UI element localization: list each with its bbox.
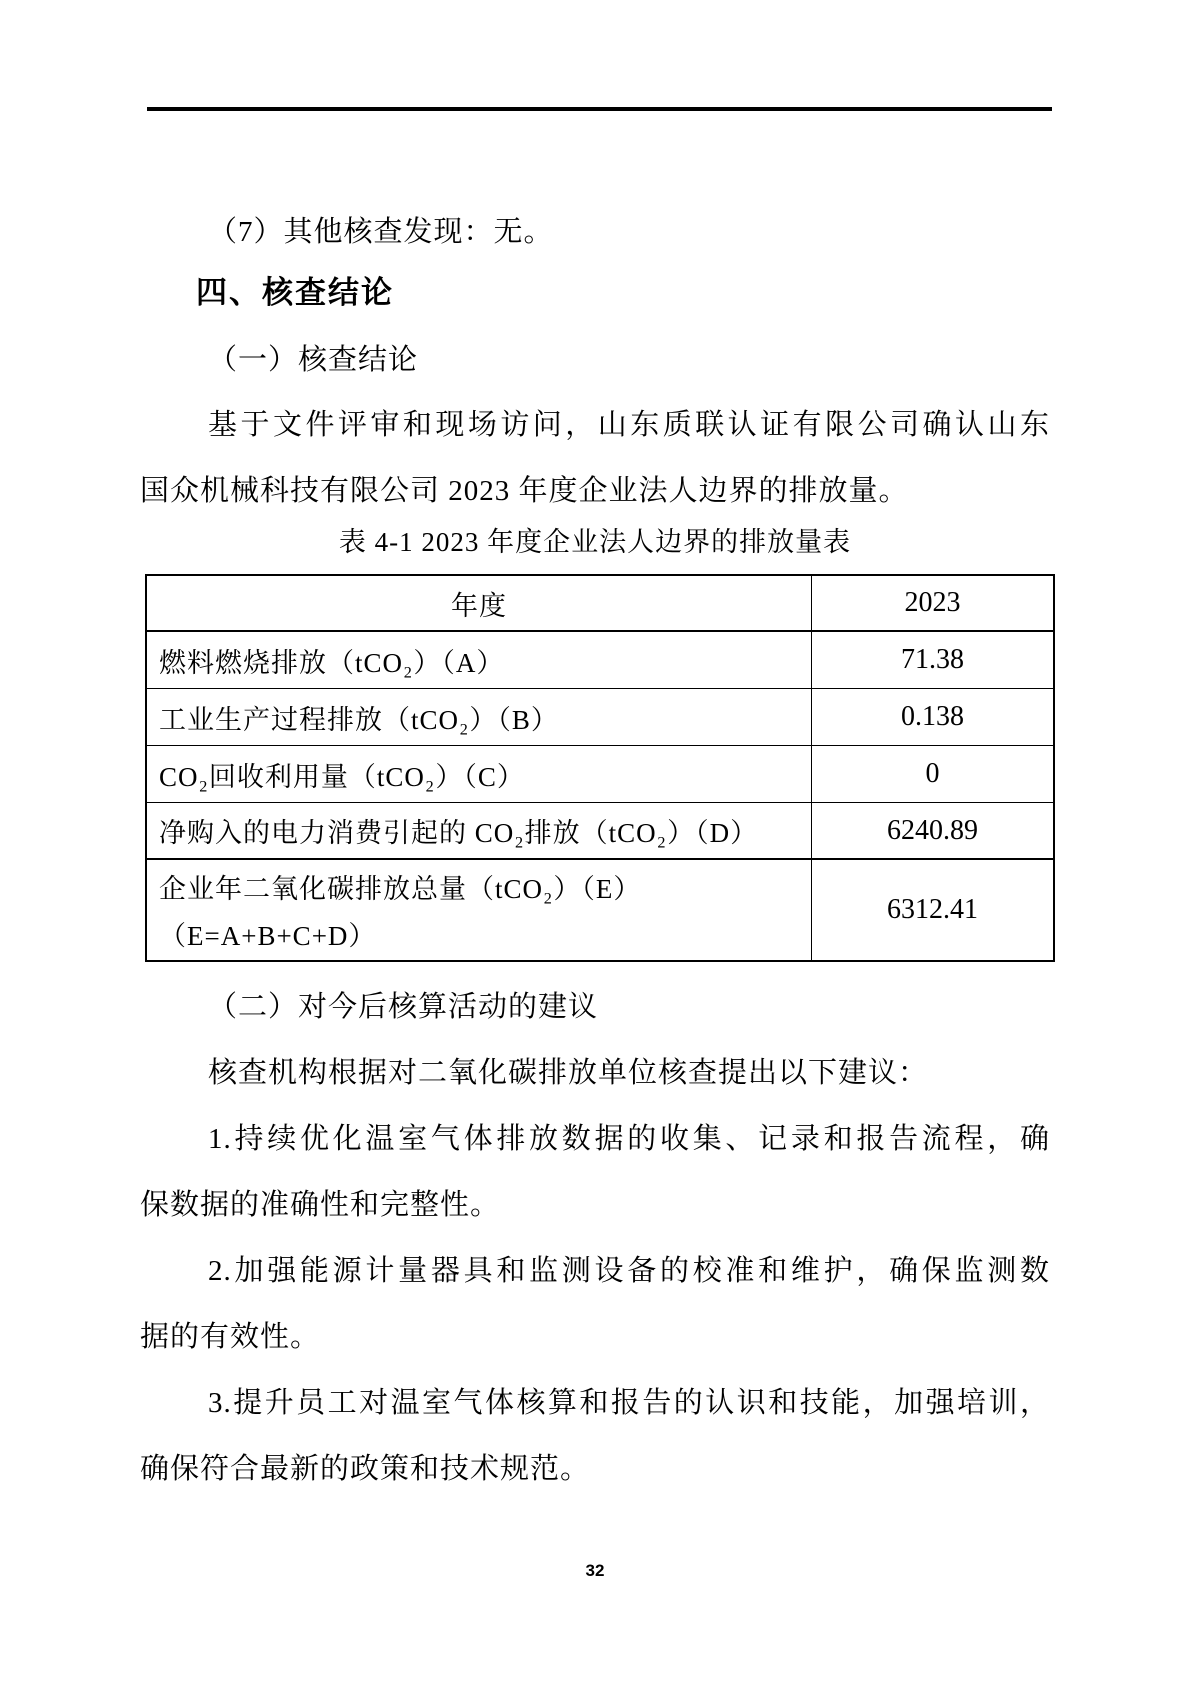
year-header-cell: 年度 <box>147 576 812 630</box>
row-label: CO₂回收利用量（tCO₂）（C） <box>147 746 812 802</box>
suggestion-2-line-1: 2.加强能源计量器具和监测设备的校准和维护，确保监测数 <box>208 1253 1050 1289</box>
row-label-line-1: 企业年二氧化碳排放总量（tCO₂）（E） <box>159 867 641 906</box>
row-label: 企业年二氧化碳排放总量（tCO₂）（E） （E=A+B+C+D） <box>147 860 812 960</box>
table-row-co2-recovery: CO₂回收利用量（tCO₂）（C） 0 <box>147 746 1053 803</box>
table-header-row: 年度 2023 <box>147 576 1053 632</box>
year-value-cell: 2023 <box>812 576 1053 630</box>
suggestion-3-line-2: 确保符合最新的政策和技术规范。 <box>140 1451 590 1487</box>
row-value: 6312.41 <box>812 860 1053 960</box>
page-number: 32 <box>0 1561 1190 1581</box>
row-label: 净购入的电力消费引起的 CO₂排放（tCO₂）（D） <box>147 803 812 858</box>
finding-line: （7）其他核查发现：无。 <box>208 214 554 250</box>
suggestion-1-line-2: 保数据的准确性和完整性。 <box>140 1187 500 1223</box>
paragraph-1-line-1: 基于文件评审和现场访问，山东质联认证有限公司确认山东 <box>208 407 1050 443</box>
subsection-1-heading: （一）核查结论 <box>208 342 418 378</box>
suggestion-2-line-2: 据的有效性。 <box>140 1319 320 1355</box>
row-label-line-2: （E=A+B+C+D） <box>159 914 376 953</box>
row-value: 71.38 <box>812 632 1053 688</box>
table-row-industrial-process: 工业生产过程排放（tCO₂）（B） 0.138 <box>147 689 1053 746</box>
suggestion-3-line-1: 3.提升员工对温室气体核算和报告的认识和技能，加强培训， <box>208 1385 1050 1421</box>
table-row-total-emissions: 企业年二氧化碳排放总量（tCO₂）（E） （E=A+B+C+D） 6312.41 <box>147 860 1053 960</box>
document-page: （7）其他核查发现：无。 四、核查结论 （一）核查结论 基于文件评审和现场访问，… <box>0 0 1190 1683</box>
row-value: 0 <box>812 746 1053 802</box>
section-heading: 四、核查结论 <box>196 275 394 311</box>
subsection-2-heading: （二）对今后核算活动的建议 <box>208 989 598 1025</box>
header-divider-rule <box>147 107 1052 111</box>
table-caption: 表 4-1 2023 年度企业法人边界的排放量表 <box>140 524 1050 560</box>
suggestion-1-line-1: 1.持续优化温室气体排放数据的收集、记录和报告流程，确 <box>208 1121 1050 1157</box>
emissions-table: 年度 2023 燃料燃烧排放（tCO₂）（A） 71.38 工业生产过程排放（t… <box>145 574 1055 962</box>
row-value: 0.138 <box>812 689 1053 745</box>
paragraph-1-line-2: 国众机械科技有限公司 2023 年度企业法人边界的排放量。 <box>140 473 909 509</box>
table-row-purchased-electricity: 净购入的电力消费引起的 CO₂排放（tCO₂）（D） 6240.89 <box>147 803 1053 860</box>
row-label: 工业生产过程排放（tCO₂）（B） <box>147 689 812 745</box>
row-value: 6240.89 <box>812 803 1053 858</box>
paragraph-2-line-1: 核查机构根据对二氧化碳排放单位核查提出以下建议： <box>208 1055 928 1091</box>
row-label: 燃料燃烧排放（tCO₂）（A） <box>147 632 812 688</box>
table-row-fuel-combustion: 燃料燃烧排放（tCO₂）（A） 71.38 <box>147 632 1053 689</box>
